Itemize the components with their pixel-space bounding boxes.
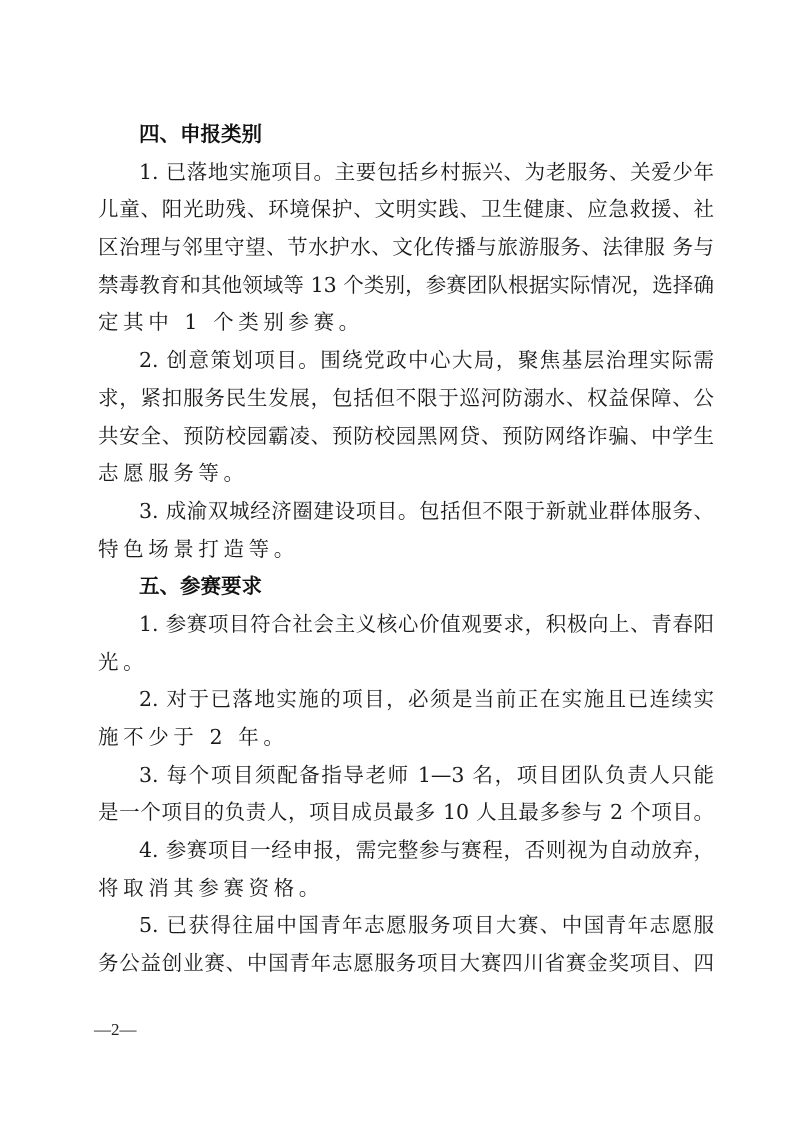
text-line: 2. 创意策划项目。围绕党政中心大局，聚焦基层治理实际需 bbox=[98, 342, 714, 380]
paragraph-requirement-5: 5. 已获得往届中国青年志愿服务项目大赛、中国青年志愿服 务公益创业赛、中国青年… bbox=[98, 907, 714, 982]
paragraph-implemented-projects: 1. 已落地实施项目。主要包括乡村振兴、为老服务、关爱少年 儿童、阳光助残、环境… bbox=[98, 154, 714, 342]
paragraph-requirement-1: 1. 参赛项目符合社会主义核心价值观要求，积极向上、青春阳 光。 bbox=[98, 606, 714, 681]
text-line: 5. 已获得往届中国青年志愿服务项目大赛、中国青年志愿服 bbox=[98, 907, 714, 945]
text-line: 志愿服务等。 bbox=[98, 455, 714, 493]
text-line: 3. 成渝双城经济圈建设项目。包括但不限于新就业群体服务、 bbox=[98, 493, 714, 531]
text-line: 求，紧扣服务民生发展，包括但不限于巡河防溺水、权益保障、公 bbox=[98, 380, 714, 418]
paragraph-requirement-3: 3. 每个项目须配备指导老师 1—3 名，项目团队负责人只能 是一个项目的负责人… bbox=[98, 757, 714, 832]
text-line: 4. 参赛项目一经申报，需完整参与赛程，否则视为自动放弃， bbox=[98, 832, 714, 870]
text-line: 特色场景打造等。 bbox=[98, 531, 714, 569]
text-line: 共安全、预防校园霸凌、预防校园黑网贷、预防网络诈骗、中学生 bbox=[98, 418, 714, 456]
text-line: 施不少于 2 年。 bbox=[98, 719, 714, 757]
document-page: 四、申报类别 1. 已落地实施项目。主要包括乡村振兴、为老服务、关爱少年 儿童、… bbox=[0, 0, 794, 1122]
text-line: 禁毒教育和其他领域等 13 个类别，参赛团队根据实际情况，选择确 bbox=[98, 267, 714, 305]
text-line: 将取消其参赛资格。 bbox=[98, 870, 714, 908]
section-heading-categories: 四、申报类别 bbox=[98, 116, 714, 154]
text-line: 1. 已落地实施项目。主要包括乡村振兴、为老服务、关爱少年 bbox=[98, 154, 714, 192]
paragraph-creative-projects: 2. 创意策划项目。围绕党政中心大局，聚焦基层治理实际需 求，紧扣服务民生发展，… bbox=[98, 342, 714, 493]
page-number: —2— bbox=[94, 1020, 137, 1040]
paragraph-requirement-2: 2. 对于已落地实施的项目，必须是当前正在实施且已连续实 施不少于 2 年。 bbox=[98, 681, 714, 756]
text-line: 区治理与邻里守望、节水护水、文化传播与旅游服务、法律服 务与 bbox=[98, 229, 714, 267]
section-heading-requirements: 五、参赛要求 bbox=[98, 568, 714, 606]
text-line: 儿童、阳光助残、环境保护、文明实践、卫生健康、应急救援、社 bbox=[98, 191, 714, 229]
paragraph-chengyu-projects: 3. 成渝双城经济圈建设项目。包括但不限于新就业群体服务、 特色场景打造等。 bbox=[98, 493, 714, 568]
text-line: 定其中 1 个类别参赛。 bbox=[98, 304, 714, 342]
text-line: 2. 对于已落地实施的项目，必须是当前正在实施且已连续实 bbox=[98, 681, 714, 719]
text-line: 务公益创业赛、中国青年志愿服务项目大赛四川省赛金奖项目、四 bbox=[98, 945, 714, 983]
paragraph-requirement-4: 4. 参赛项目一经申报，需完整参与赛程，否则视为自动放弃， 将取消其参赛资格。 bbox=[98, 832, 714, 907]
text-line: 是一个项目的负责人，项目成员最多 10 人且最多参与 2 个项目。 bbox=[98, 794, 714, 832]
text-line: 3. 每个项目须配备指导老师 1—3 名，项目团队负责人只能 bbox=[98, 757, 714, 795]
document-body: 四、申报类别 1. 已落地实施项目。主要包括乡村振兴、为老服务、关爱少年 儿童、… bbox=[98, 116, 714, 983]
text-line: 1. 参赛项目符合社会主义核心价值观要求，积极向上、青春阳 bbox=[98, 606, 714, 644]
text-line: 光。 bbox=[98, 644, 714, 682]
